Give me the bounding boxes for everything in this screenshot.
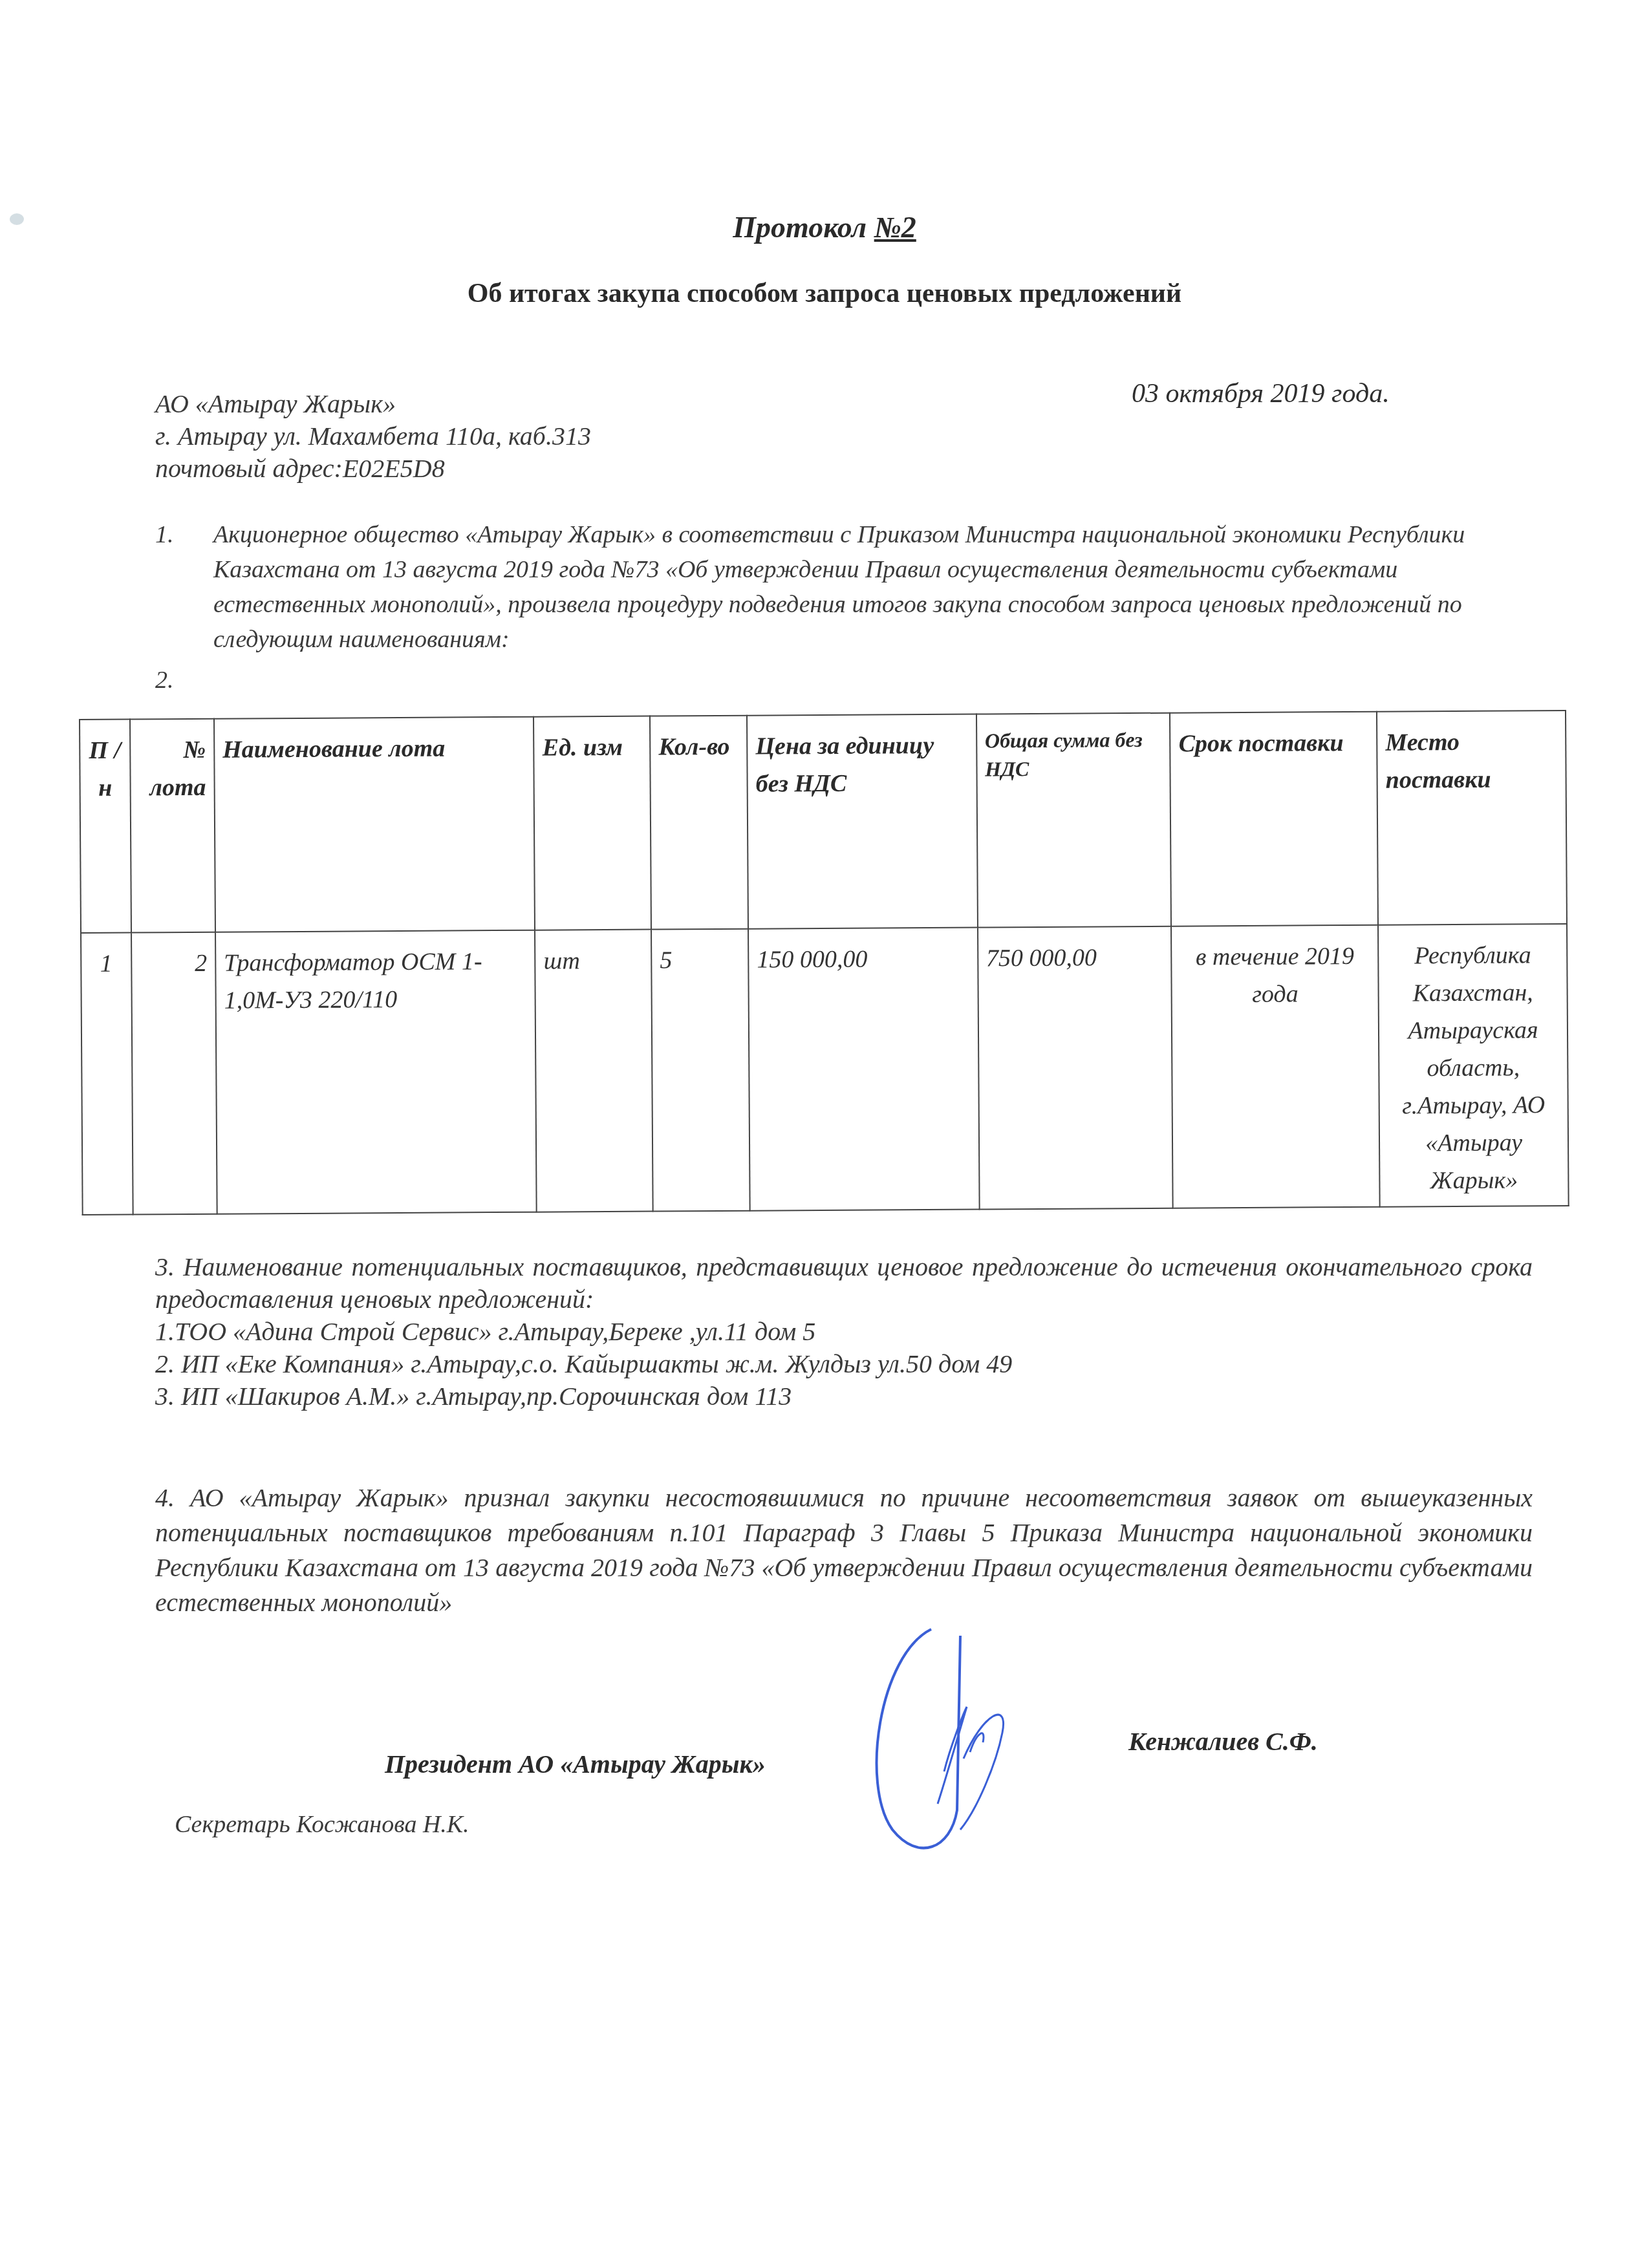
section-3: 3. Наименование потенциальных поставщико… (155, 1251, 1533, 1413)
cell-unit: шт (535, 930, 652, 1212)
section-1-number: 1. (155, 517, 174, 552)
cell-total: 750 000,00 (978, 926, 1173, 1210)
header-delivery-place: Место поставки (1377, 711, 1567, 925)
section-4: 4. АО «Атырау Жарык» признал закупки нес… (155, 1481, 1533, 1620)
organization-block: АО «Атырау Жарык» г. Атырау ул. Махамбет… (155, 388, 591, 485)
supplier-item: 3. ИП «Шакиров А.М.» г.Атырау,пр.Сорочин… (155, 1380, 1533, 1413)
header-quantity: Кол-во (650, 716, 748, 930)
organization-name: АО «Атырау Жарык» (155, 388, 591, 420)
president-title: Президент АО «Атырау Жарык» (385, 1749, 766, 1779)
header-total: Общая сумма без НДС (976, 713, 1172, 928)
cell-delivery-term: в течение 2019 года (1171, 925, 1379, 1208)
document-date: 03 октября 2019 года. (1132, 378, 1390, 409)
section-2-number: 2. (155, 666, 174, 694)
cell-unit-price: 150 000,00 (748, 928, 979, 1211)
cell-pn: 1 (81, 933, 133, 1215)
section-3-intro: 3. Наименование потенциальных поставщико… (155, 1251, 1533, 1316)
secretary-line: Секретарь Косжанова Н.К. (175, 1810, 469, 1839)
header-lot-name: Наименование лота (214, 717, 535, 932)
document-title: Протокол №2 (0, 210, 1649, 244)
title-text: Протокол (733, 211, 874, 244)
cell-lot-name: Трансформатор ОСМ 1-1,0М-У3 220/110 (215, 930, 537, 1214)
organization-postal: почтовый адрес:Е02Е5D8 (155, 453, 591, 485)
cell-quantity: 5 (651, 929, 750, 1212)
cell-lot-number: 2 (131, 932, 217, 1215)
header-pn: П / н (80, 720, 131, 933)
table-header-row: П / н № лота Наименование лота Ед. изм К… (80, 711, 1567, 933)
organization-address: г. Атырау ул. Махамбета 110а, каб.313 (155, 420, 591, 453)
document-subtitle: Об итогах закупа способом запроса ценовы… (0, 278, 1649, 309)
header-delivery-term: Срок поставки (1170, 712, 1378, 926)
supplier-item: 2. ИП «Еке Компания» г.Атырау,с.о. Кайыр… (155, 1348, 1533, 1380)
signature-mark (854, 1616, 1035, 1862)
supplier-item: 1.ТОО «Адина Строй Сервис» г.Атырау,Бере… (155, 1316, 1533, 1348)
header-unit-price: Цена за единицу без НДС (747, 714, 978, 929)
header-unit: Ед. изм (533, 716, 651, 930)
lots-table: П / н № лота Наименование лота Ед. изм К… (79, 710, 1569, 1215)
section-1-text: Акционерное общество «Атырау Жарык» в со… (213, 517, 1507, 657)
section-1: 1. Акционерное общество «Атырау Жарык» в… (155, 517, 1507, 657)
header-lot-number: № лота (130, 719, 215, 933)
protocol-number: №2 (874, 211, 916, 244)
table-row: 1 2 Трансформатор ОСМ 1-1,0М-У3 220/110 … (81, 924, 1569, 1215)
president-name: Кенжалиев С.Ф. (1128, 1726, 1318, 1757)
cell-delivery-place: Республика Казахстан, Атырауская область… (1378, 924, 1569, 1207)
